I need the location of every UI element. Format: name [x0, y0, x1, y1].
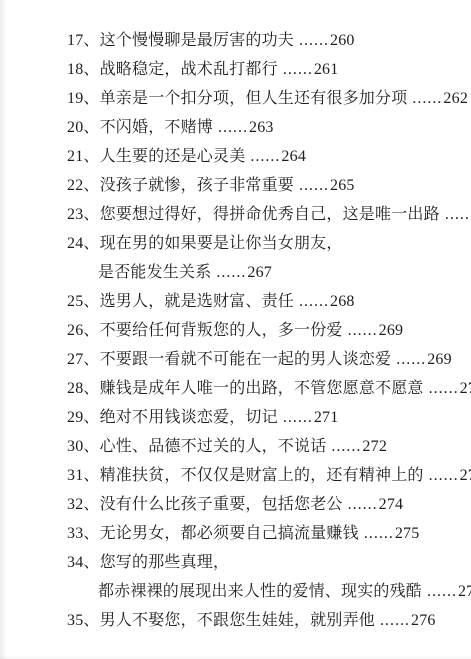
toc-item-number: 27、 [67, 351, 100, 368]
toc-item: 29、绝对不用钱谈恋爱，切记......271 [67, 403, 463, 432]
toc-item: 30、心性、品德不过关的人，不说话......272 [67, 432, 463, 461]
toc-item: 35、男人不娶您，不跟您生娃娃，就别弄他......276 [67, 606, 463, 635]
toc-page-number: 261 [313, 61, 339, 78]
toc-item-number: 34、 [67, 554, 100, 571]
toc-leader-dots: ...... [245, 148, 280, 165]
toc-item-number: 35、 [67, 612, 100, 629]
toc-item: 26、不要给任何背叛您的人，多一份爱......269 [67, 316, 463, 345]
toc-page-number: 271 [313, 409, 339, 426]
toc-item-title: 不闪婚，不赌博 [100, 119, 213, 136]
toc-item-title: 心性、品德不过关的人，不说话 [100, 438, 327, 455]
toc-item: 31、精准扶贫，不仅仅是财富上的，还有精神上的......272 [67, 461, 463, 490]
toc-item-title: 战略稳定，战术乱打都行 [100, 61, 278, 78]
toc-leader-dots: ...... [407, 90, 442, 107]
toc-item-title: 都赤裸裸的展现出来人性的爱情、现实的残酷 [98, 583, 422, 600]
toc-item: 23、您要想过得好，得拼命优秀自己，这是唯一出路......266 [67, 200, 463, 229]
toc-item-number: 18、 [67, 61, 100, 78]
toc-page-number: 262 [442, 90, 468, 107]
toc-page-number: 265 [329, 177, 355, 194]
toc-item: 33、无论男女，都必须要自己搞流量赚钱......275 [67, 519, 463, 548]
toc-item: 27、不要跟一看就不可能在一起的男人谈恋爱......269 [67, 345, 463, 374]
toc-item-title: 没有什么比孩子重要，包括您老公 [100, 496, 343, 513]
toc-item-title: 您要想过得好，得拼命优秀自己，这是唯一出路 [100, 206, 440, 223]
toc-leader-dots: ...... [343, 322, 378, 339]
toc-leader-dots: ...... [213, 119, 248, 136]
toc-item-title: 单亲是一个扣分项，但人生还有很多加分项 [100, 90, 408, 107]
toc-item-number: 22、 [67, 177, 100, 194]
toc-item-number: 25、 [67, 293, 100, 310]
toc-page-number: 268 [329, 293, 355, 310]
toc-item-number: 19、 [67, 90, 100, 107]
toc-item-title: 这个慢慢聊是最厉害的功夫 [100, 32, 294, 49]
toc-list: 17、这个慢慢聊是最厉害的功夫......26018、战略稳定，战术乱打都行..… [0, 0, 471, 635]
toc-leader-dots: ...... [326, 438, 361, 455]
toc-leader-dots: ...... [294, 293, 329, 310]
toc-item-title: 不要跟一看就不可能在一起的男人谈恋爱 [100, 351, 392, 368]
toc-leader-dots: ...... [440, 206, 471, 223]
toc-leader-dots: ...... [278, 61, 313, 78]
toc-item-title: 人生要的还是心灵美 [100, 148, 246, 165]
toc-page-number: 269 [426, 351, 452, 368]
toc-page-number: 272 [459, 467, 471, 484]
toc-page-number: 275 [394, 525, 420, 542]
toc-item: 25、选男人，就是选财富、责任......268 [67, 287, 463, 316]
toc-item-title: 没孩子就惨，孩子非常重要 [100, 177, 294, 194]
toc-leader-dots: ...... [375, 612, 410, 629]
toc-leader-dots: ...... [211, 264, 246, 281]
toc-page-number: 264 [280, 148, 306, 165]
toc-leader-dots: ...... [278, 409, 313, 426]
toc-item-title: 选男人，就是选财富、责任 [100, 293, 294, 310]
toc-page-number: 275 [457, 583, 471, 600]
toc-leader-dots: ...... [343, 496, 378, 513]
toc-item-title: 绝对不用钱谈恋爱，切记 [100, 409, 278, 426]
toc-item-number: 23、 [67, 206, 100, 223]
toc-leader-dots: ...... [359, 525, 394, 542]
toc-item-number: 21、 [67, 148, 100, 165]
toc-item: 18、战略稳定，战术乱打都行......261 [67, 55, 463, 84]
toc-item: 17、这个慢慢聊是最厉害的功夫......260 [67, 26, 463, 55]
toc-page-number: 274 [378, 496, 404, 513]
toc-leader-dots: ...... [294, 177, 329, 194]
toc-page-number: 263 [248, 119, 274, 136]
toc-item: 28、赚钱是成年人唯一的出路，不管您愿意不愿意......270 [67, 374, 463, 403]
toc-item: 22、没孩子就惨，孩子非常重要......265 [67, 171, 463, 200]
toc-item-number: 20、 [67, 119, 100, 136]
toc-item-title: 男人不娶您，不跟您生娃娃，就别弄他 [100, 612, 375, 629]
toc-item-number: 33、 [67, 525, 100, 542]
toc-item: 19、单亲是一个扣分项，但人生还有很多加分项......262 [67, 84, 463, 113]
toc-page-number: 272 [361, 438, 387, 455]
toc-item-title: 不要给任何背叛您的人，多一份爱 [100, 322, 343, 339]
toc-leader-dots: ...... [424, 467, 459, 484]
toc-item-number: 26、 [67, 322, 100, 339]
toc-item: 21、人生要的还是心灵美......264 [67, 142, 463, 171]
toc-item-number: 32、 [67, 496, 100, 513]
toc-item-title: 您写的那些真理， [100, 554, 230, 571]
toc-item-number: 30、 [67, 438, 100, 455]
toc-item-title: 现在男的如果要是让你当女朋友， [100, 235, 343, 252]
toc-item-number: 17、 [67, 32, 100, 49]
toc-item-title: 是否能发生关系 [98, 264, 211, 281]
toc-item-title: 精准扶贫，不仅仅是财富上的，还有精神上的 [100, 467, 424, 484]
toc-item: 32、没有什么比孩子重要，包括您老公......274 [67, 490, 463, 519]
toc-item: 20、不闪婚，不赌博......263 [67, 113, 463, 142]
toc-item-number: 29、 [67, 409, 100, 426]
toc-item-number: 28、 [67, 380, 100, 397]
toc-leader-dots: ...... [391, 351, 426, 368]
toc-page-number: 269 [378, 322, 404, 339]
toc-item-title: 无论男女，都必须要自己搞流量赚钱 [100, 525, 359, 542]
toc-item: 34、您写的那些真理，都赤裸裸的展现出来人性的爱情、现实的残酷......275 [67, 548, 463, 606]
toc-page-number: 260 [329, 32, 355, 49]
toc-page-number: 270 [459, 380, 471, 397]
toc-item-number: 24、 [67, 235, 100, 252]
toc-leader-dots: ...... [294, 32, 329, 49]
toc-page-number: 276 [410, 612, 436, 629]
toc-leader-dots: ...... [422, 583, 457, 600]
toc-item: 24、现在男的如果要是让你当女朋友，是否能发生关系......267 [67, 229, 463, 287]
toc-page: 17、这个慢慢聊是最厉害的功夫......26018、战略稳定，战术乱打都行..… [0, 0, 471, 659]
toc-item-number: 31、 [67, 467, 100, 484]
toc-leader-dots: ...... [424, 380, 459, 397]
toc-page-number: 267 [246, 264, 272, 281]
toc-item-title: 赚钱是成年人唯一的出路，不管您愿意不愿意 [100, 380, 424, 397]
